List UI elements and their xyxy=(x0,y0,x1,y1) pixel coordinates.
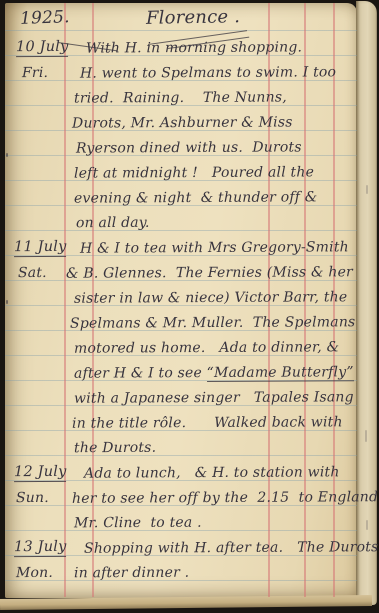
diary-line: H & I to tea with Mrs Gregory-Smith xyxy=(80,239,349,256)
diary-line: Shopping with H. after tea. The Durots xyxy=(84,539,379,557)
ink-speck xyxy=(6,300,8,304)
diary-line-text: after H & I to see xyxy=(74,365,207,382)
diary-line: Ryerson dined with us. Durots xyxy=(76,139,302,156)
entry-day-sat: Sat. xyxy=(18,265,47,281)
diary-line: H. went to Spelmans to swim. I too xyxy=(80,64,336,81)
bleed-through-mark xyxy=(365,430,367,442)
entry-day-sun: Sun. xyxy=(16,490,49,506)
entry-day-mon: Mon. xyxy=(16,565,53,581)
year-heading: 1925. xyxy=(20,7,70,29)
diary-line: after H & I to see “Madame Butterfly” xyxy=(74,364,354,381)
diary-line: Spelmans & Mr. Muller. The Spelmans xyxy=(70,314,356,331)
diary-line: Ada to lunch, & H. to station with xyxy=(84,464,340,481)
bleed-through-mark xyxy=(366,520,368,530)
diary-line: the Durots. xyxy=(74,440,156,456)
diary-line: Durots, Mr. Ashburner & Miss xyxy=(72,114,293,131)
diary-line: in the title rôle. Walked back with xyxy=(72,414,343,431)
madame-butterfly-underlined: “Madame Butterfly” xyxy=(207,364,354,382)
diary-line: Mr. Cline to tea . xyxy=(74,515,202,532)
diary-line: her to see her off by the 2.15 to Englan… xyxy=(72,489,379,507)
diary-photo-frame: 1925. Florence . 10 July With H. in morn… xyxy=(0,0,379,613)
entry-date-11-july: 11 July xyxy=(14,239,67,257)
diary-line: sister in law & niece) Victor Barr, the xyxy=(74,289,347,306)
diary-line: & B. Glennes. The Fernies (Miss & her xyxy=(66,264,353,282)
diary-line: evening & night & thunder off & xyxy=(74,189,317,206)
red-margin-rule xyxy=(64,3,66,597)
diary-line: tried. Raining. The Nunns, xyxy=(74,89,287,106)
bleed-through-mark xyxy=(366,185,368,194)
diary-line: in after dinner . xyxy=(74,565,189,582)
diary-line: motored us home. Ada to dinner, & xyxy=(74,339,339,356)
page-title: Florence . xyxy=(146,6,240,29)
diary-line: left at midnight ! Poured all the xyxy=(74,164,314,181)
diary-line: with a Japanese singer Tapales Isang xyxy=(74,389,354,406)
diary-line: With H. in morning shopping. xyxy=(86,39,302,56)
entry-date-13-july: 13 July xyxy=(14,539,67,557)
entry-date-12-july: 12 July xyxy=(14,464,67,482)
entry-date-10-july: 10 July xyxy=(16,39,69,57)
entry-day-fri: Fri. xyxy=(22,65,48,81)
diary-line: on all day. xyxy=(76,215,150,231)
next-page-edge xyxy=(356,1,377,605)
ink-speck xyxy=(6,153,8,157)
